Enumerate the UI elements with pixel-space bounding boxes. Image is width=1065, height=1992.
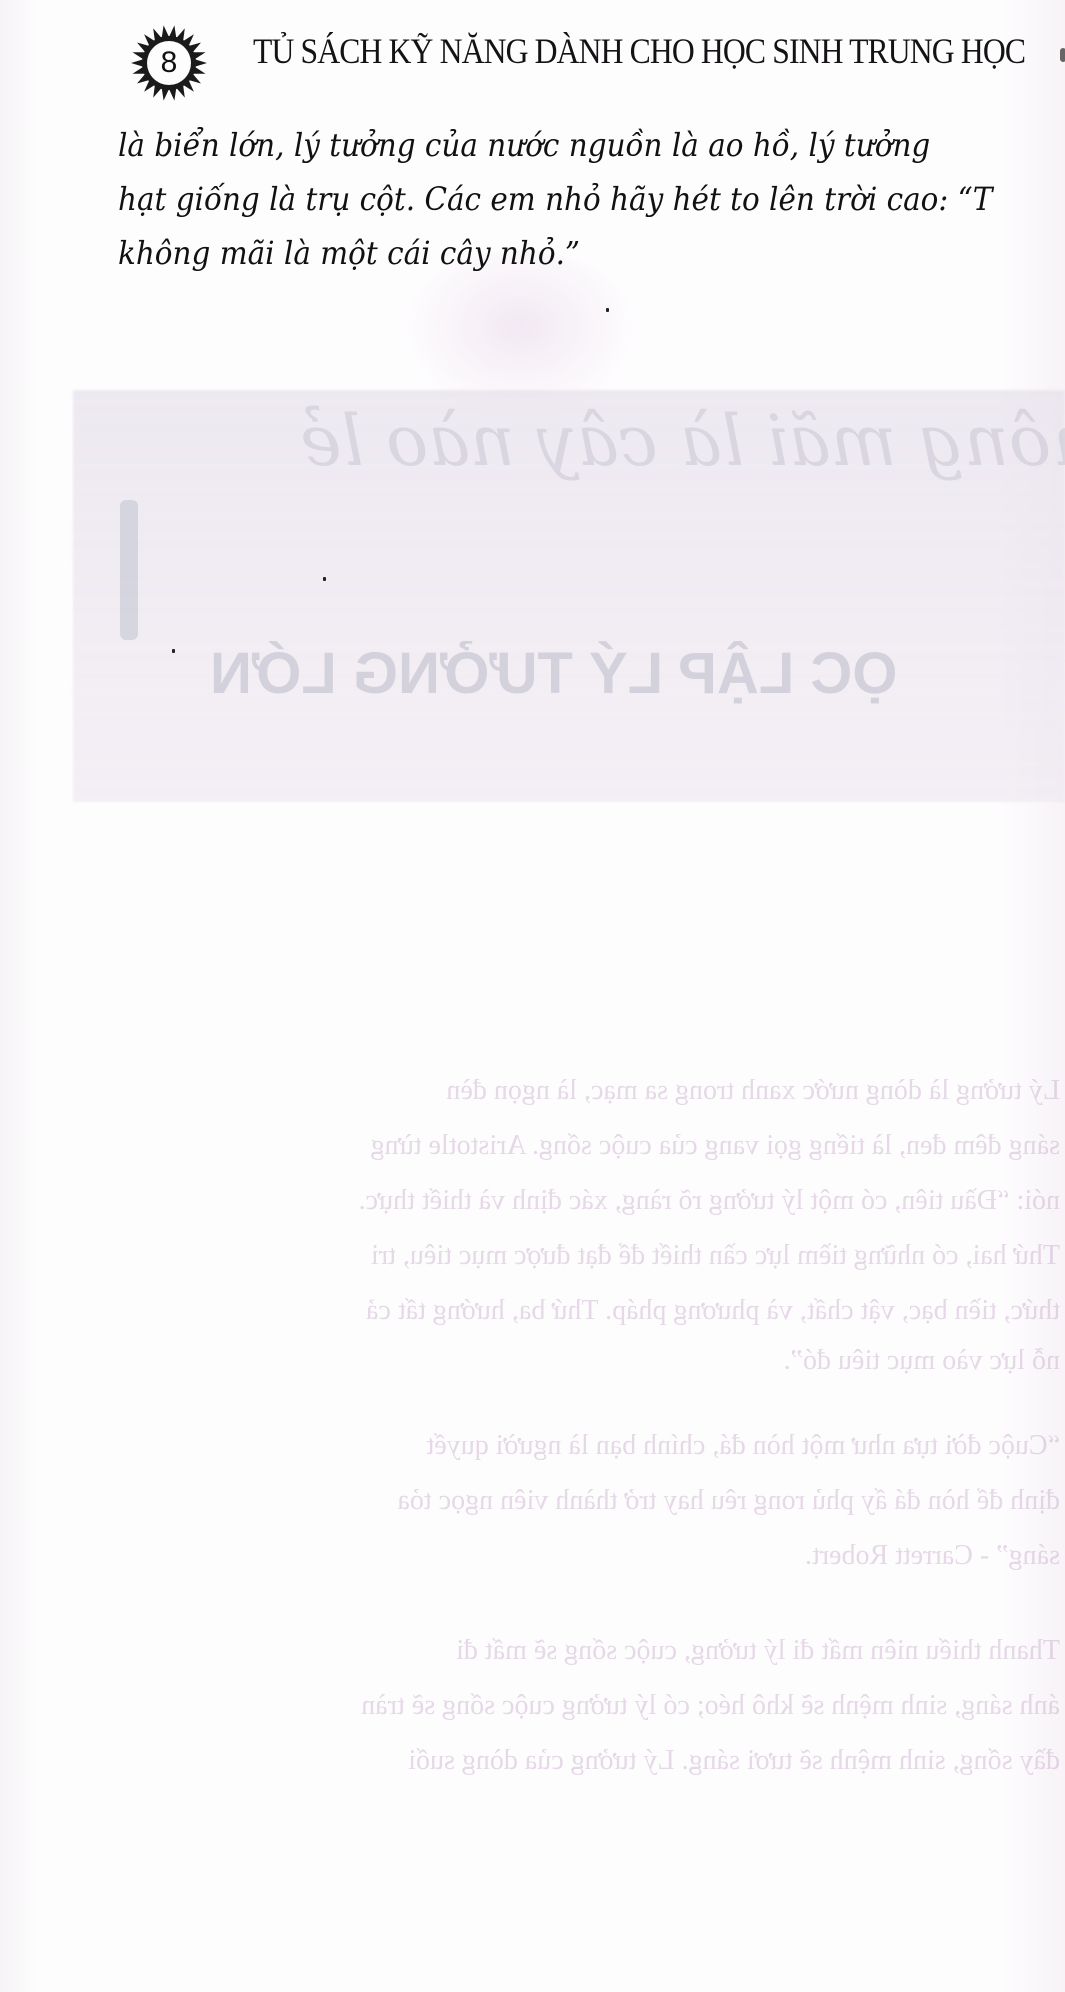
running-head: TỦ SÁCH KỸ NĂNG DÀNH CHO HỌC SINH TRUNG …	[253, 30, 1025, 72]
show-through-bracket	[120, 500, 138, 640]
show-through-line: nói: “Đầu tiên, có một lý tưởng rõ ràng,…	[110, 1185, 1060, 1217]
show-through-banner-title: ỌC LẬP LÝ TƯỞNG LỚN	[210, 640, 897, 707]
page-number-badge: 8	[130, 24, 208, 102]
show-through-line: sáng đêm đen, là tiếng gọi vang của cuộc…	[110, 1130, 1060, 1162]
running-head-ornament	[1060, 48, 1065, 62]
body-paragraph: là biển lớn, lý tưởng của nước nguồn là …	[118, 118, 1065, 280]
book-page: sẽ không mãi là cây nào lẻ ỌC LẬP LÝ TƯỞ…	[0, 0, 1065, 1992]
show-through-line: định để hòn đá ấy phủ rong rêu hay trở t…	[110, 1485, 1060, 1517]
show-through-line: ánh sáng, sinh mệnh sẽ khô héo; có lý tư…	[110, 1690, 1060, 1722]
show-through-line: “Cuộc đời tựa như một hòn đá, chính bạn …	[110, 1430, 1060, 1462]
show-through-line: đầy sống, sinh mệnh sẽ tươi sáng. Lý tưở…	[110, 1745, 1060, 1777]
body-line: không mãi là một cái cây nhỏ.”	[118, 226, 1038, 280]
page-header: 8 TỦ SÁCH KỸ NĂNG DÀNH CHO HỌC SINH TRUN…	[0, 0, 1065, 110]
show-through-line: thức, tiền bạc, vật chất, và phương pháp…	[110, 1295, 1060, 1327]
show-through-line: Lý tưởng là dòng nước xanh trong sa mạc,…	[110, 1075, 1060, 1107]
show-through-banner-script: sẽ không mãi là cây nào lẻ	[300, 400, 1065, 482]
paper-speck	[172, 649, 175, 653]
body-line: là biển lớn, lý tưởng của nước nguồn là …	[118, 118, 1038, 172]
show-through-line: Thanh thiếu niên mất đi lý tưởng, cuộc s…	[110, 1635, 1060, 1667]
page-number: 8	[130, 24, 208, 102]
show-through-line: sáng” - Carrett Robert.	[110, 1540, 1060, 1572]
show-through-line: Thứ hai, có những tiềm lực cần thiết để …	[110, 1240, 1060, 1272]
body-line: hạt giống là trụ cột. Các em nhỏ hãy hét…	[118, 172, 1038, 226]
paper-speck	[323, 577, 326, 581]
show-through-banner	[73, 390, 1065, 802]
paper-speck	[606, 308, 609, 312]
show-through-line: nỗ lực vào mục tiêu đó”.	[110, 1345, 1060, 1377]
